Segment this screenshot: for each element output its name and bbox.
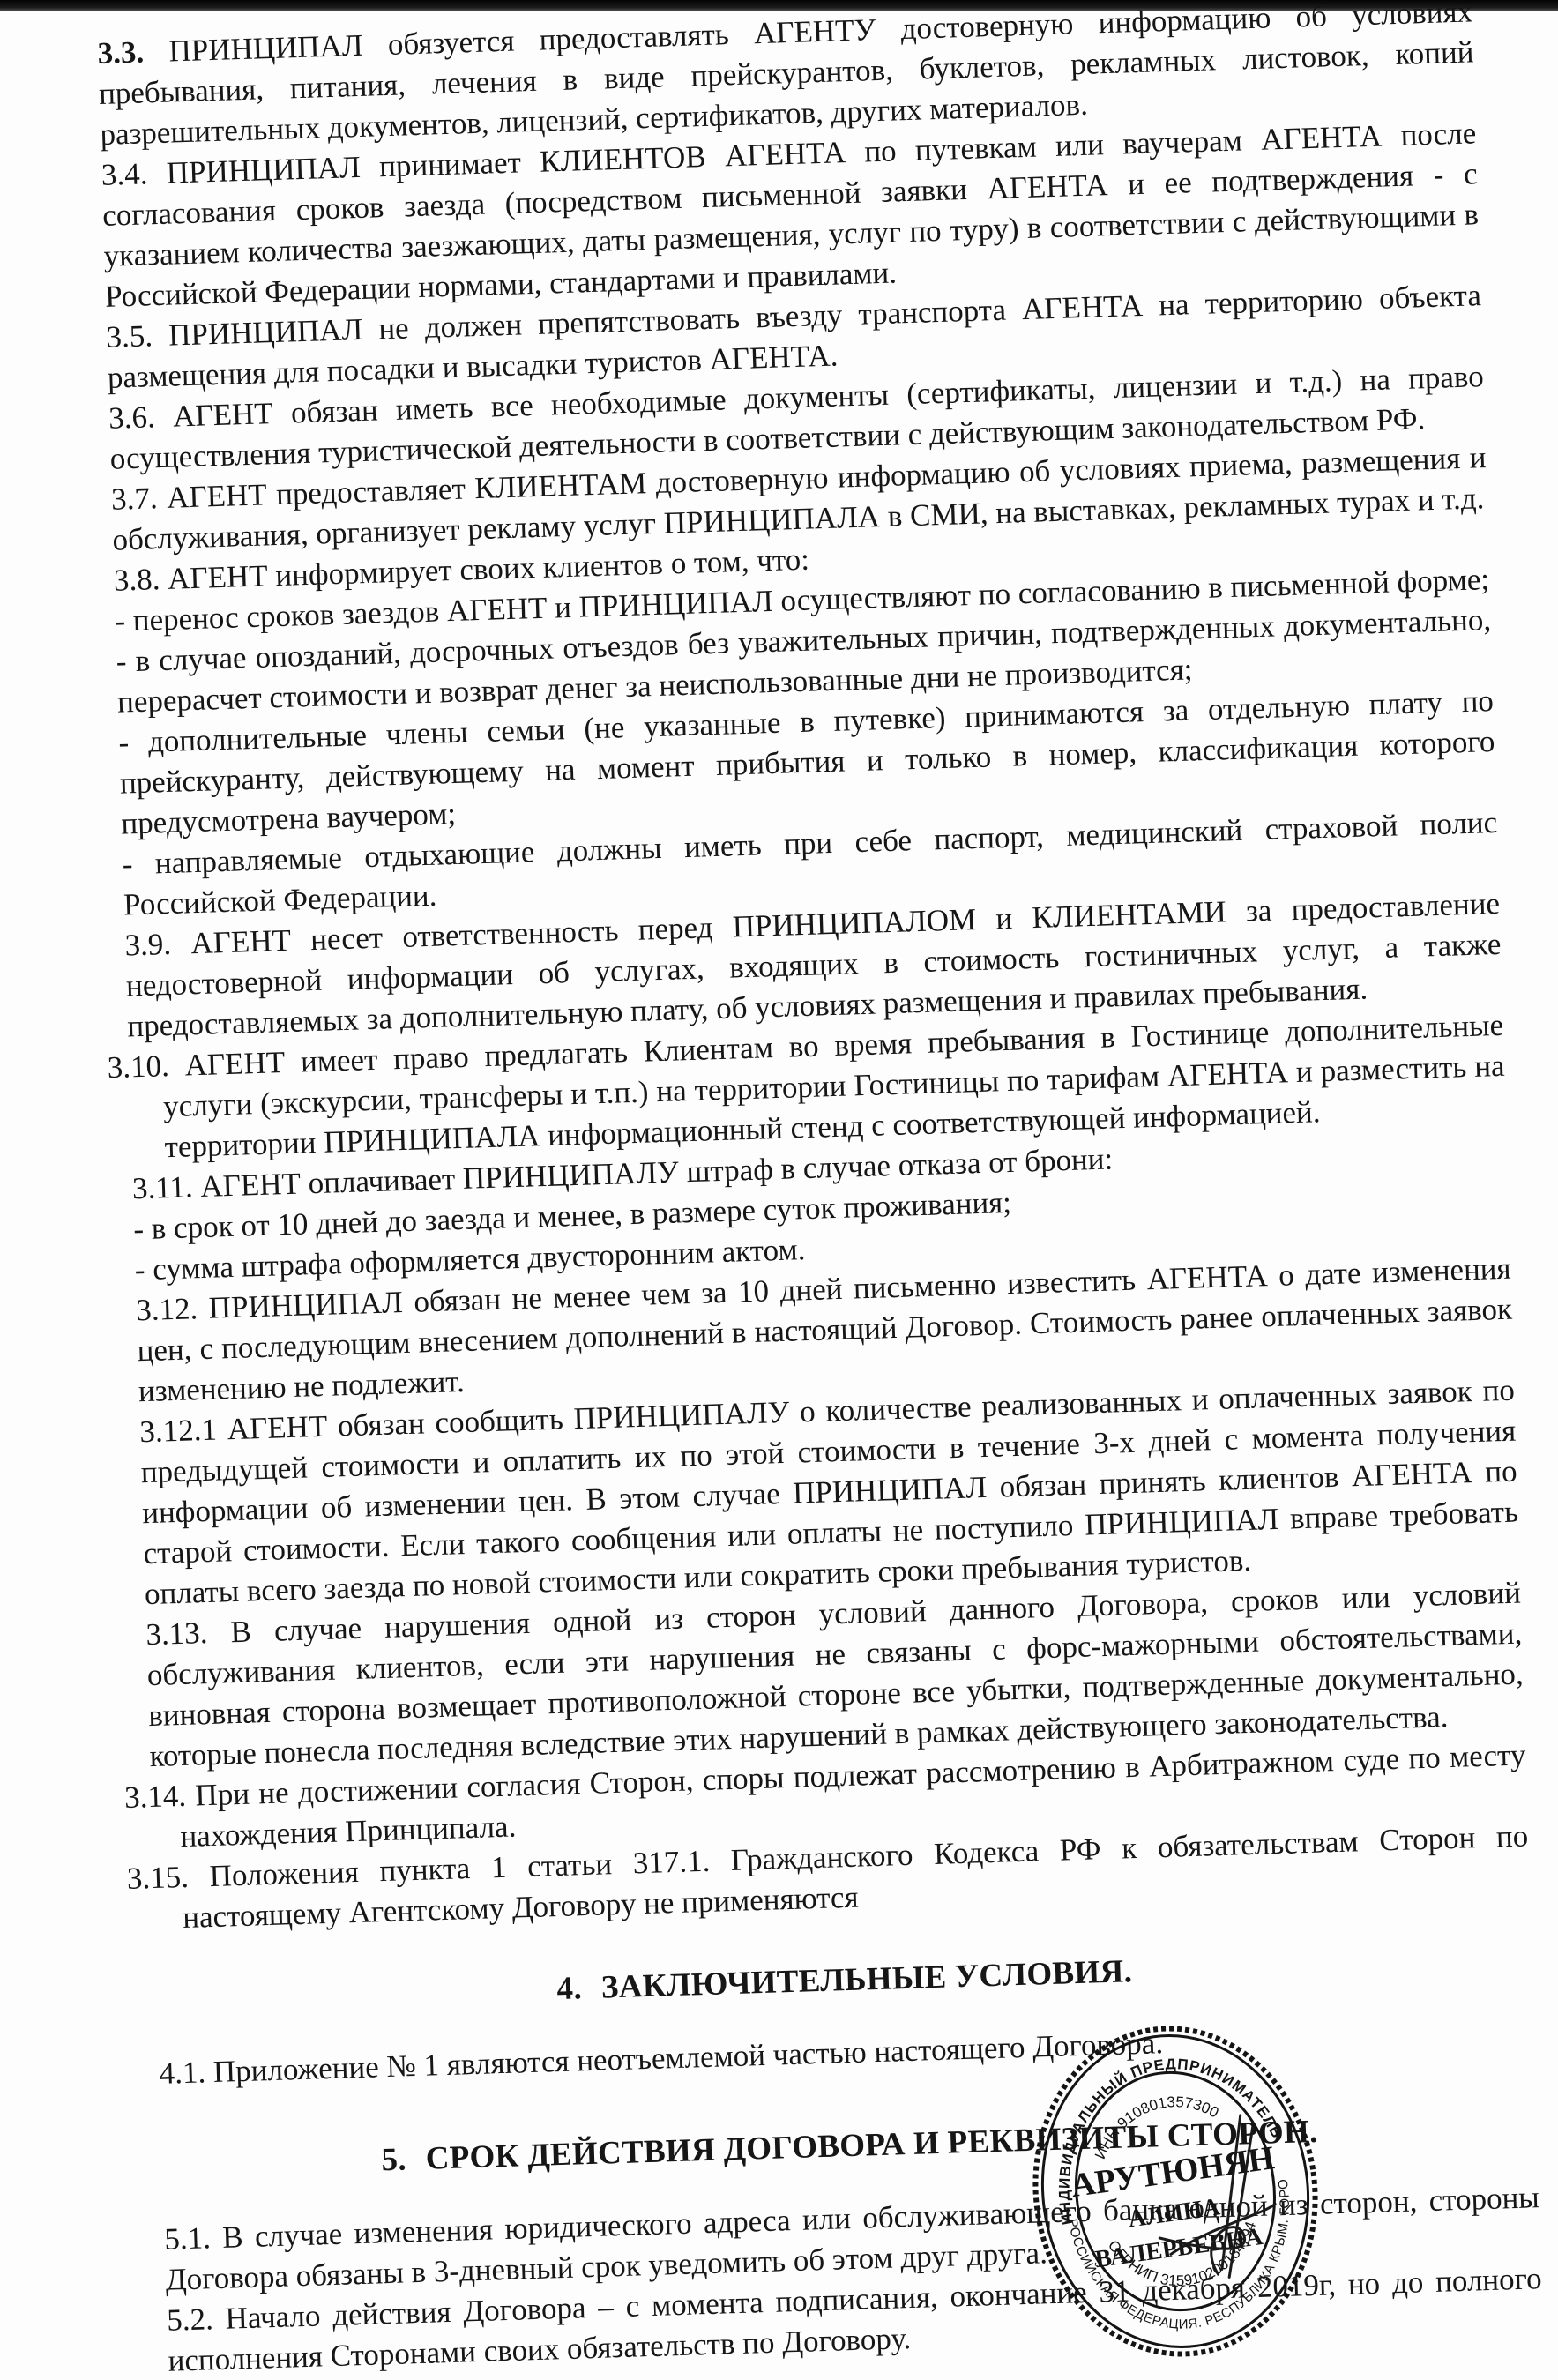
clause-number: 3.10. xyxy=(107,1048,169,1085)
clause-number: 3.4. xyxy=(101,156,148,192)
clause-4-1: 4.1. Приложение № 1 являются неотъемлемо… xyxy=(159,2011,1535,2094)
clause-number: 3.13. xyxy=(145,1615,208,1652)
clause-number: 3.14. xyxy=(124,1779,187,1815)
clause-number: 3.6. xyxy=(108,399,156,436)
section-number: 4. xyxy=(556,1970,583,2007)
clause-number: 5.1. xyxy=(164,2220,212,2257)
clause-number: 3.11. xyxy=(131,1169,193,1205)
clause-number: 3.15. xyxy=(126,1860,189,1896)
clause-number: 5.2. xyxy=(167,2302,214,2338)
section-4-heading: 4.ЗАКЛЮЧИТЕЛЬНЫЕ УСЛОВИЯ. xyxy=(156,1939,1532,2022)
section-title: ЗАКЛЮЧИТЕЛЬНЫЕ УСЛОВИЯ. xyxy=(600,1953,1132,2005)
company-seal: ИНДИВИДУАЛЬНЫЙ ПРЕДПРИНИМАТЕЛЬ РОССИЙСКА… xyxy=(1007,2001,1343,2380)
clause-number: 3.12. xyxy=(136,1291,198,1327)
clause-number: 3.12.1 xyxy=(139,1413,218,1450)
clause-number: 3.8. xyxy=(113,562,160,598)
clause-number: 3.7. xyxy=(111,481,159,517)
clause-text: АГЕНТ обязан сообщить ПРИНЦИПАЛУ о колич… xyxy=(140,1373,1518,1612)
clause-3-12-1: 3.12.1 АГЕНТ обязан сообщить ПРИНЦИПАЛУ … xyxy=(139,1370,1520,1615)
svg-text:АЛИНА: АЛИНА xyxy=(1126,2193,1222,2233)
clause-number: 4.1. xyxy=(159,2055,206,2091)
section-5-heading: 5.СРОК ДЕЙСТВИЯ ДОГОВОРА И РЕКВИЗИТЫ СТО… xyxy=(161,2105,1538,2188)
seal-icon: ИНДИВИДУАЛЬНЫЙ ПРЕДПРИНИМАТЕЛЬ РОССИЙСКА… xyxy=(1007,2001,1343,2380)
contract-text: 3.3. ПРИНЦИПАЛ обязуется предоставлять А… xyxy=(97,0,1544,2380)
clause-number: 3.3. xyxy=(97,34,145,71)
clause-number: 3.9. xyxy=(124,927,172,963)
clause-number: 3.5. xyxy=(106,318,153,354)
section-number: 5. xyxy=(381,2141,407,2178)
document-page: 3.3. ПРИНЦИПАЛ обязуется предоставлять А… xyxy=(0,0,1558,2380)
